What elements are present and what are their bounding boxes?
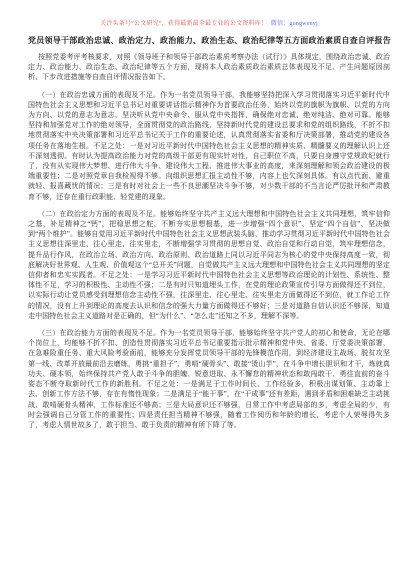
document-title: 党员领导干部政治忠诚、政治定力、政治能力、政治生态、政治纪律等五方面政治素质自查…: [28, 35, 390, 46]
paragraph-section-3-political-ability: （三）在政治能力方面的表现及不足。作为一名党员领导干部，能够始终坚守共产党人的初…: [28, 328, 390, 430]
paragraph-intro: 按照党委考评考核要求，对照《领导班子和领导干部政治素质考察办法（试行）》具体规定…: [28, 52, 390, 83]
document-page: 关注头条号“公文研究”，获得最新最全最专业的公文资料库！ 微信：gongweny…: [0, 0, 408, 580]
wechat-contact-text: 微信：gongwenyj: [271, 21, 318, 27]
watermark-notice-text: 关注头条号“公文研究”，获得最新最全最专业的公文资料库！: [100, 21, 267, 27]
watermark-notice: 关注头条号“公文研究”，获得最新最全最专业的公文资料库！ 微信：gongweny…: [28, 20, 390, 28]
paragraph-section-1-political-loyalty: （一）在政治忠诚方面的表现及不足。作为一名党员领导干部，我能够坚持把深入学习贯彻…: [28, 90, 390, 202]
paragraph-section-2-political-resolve: （二）在政治定力方面的表现及不足。能够始终坚守共产主义远大理想和中国特色社会主义…: [28, 209, 390, 321]
